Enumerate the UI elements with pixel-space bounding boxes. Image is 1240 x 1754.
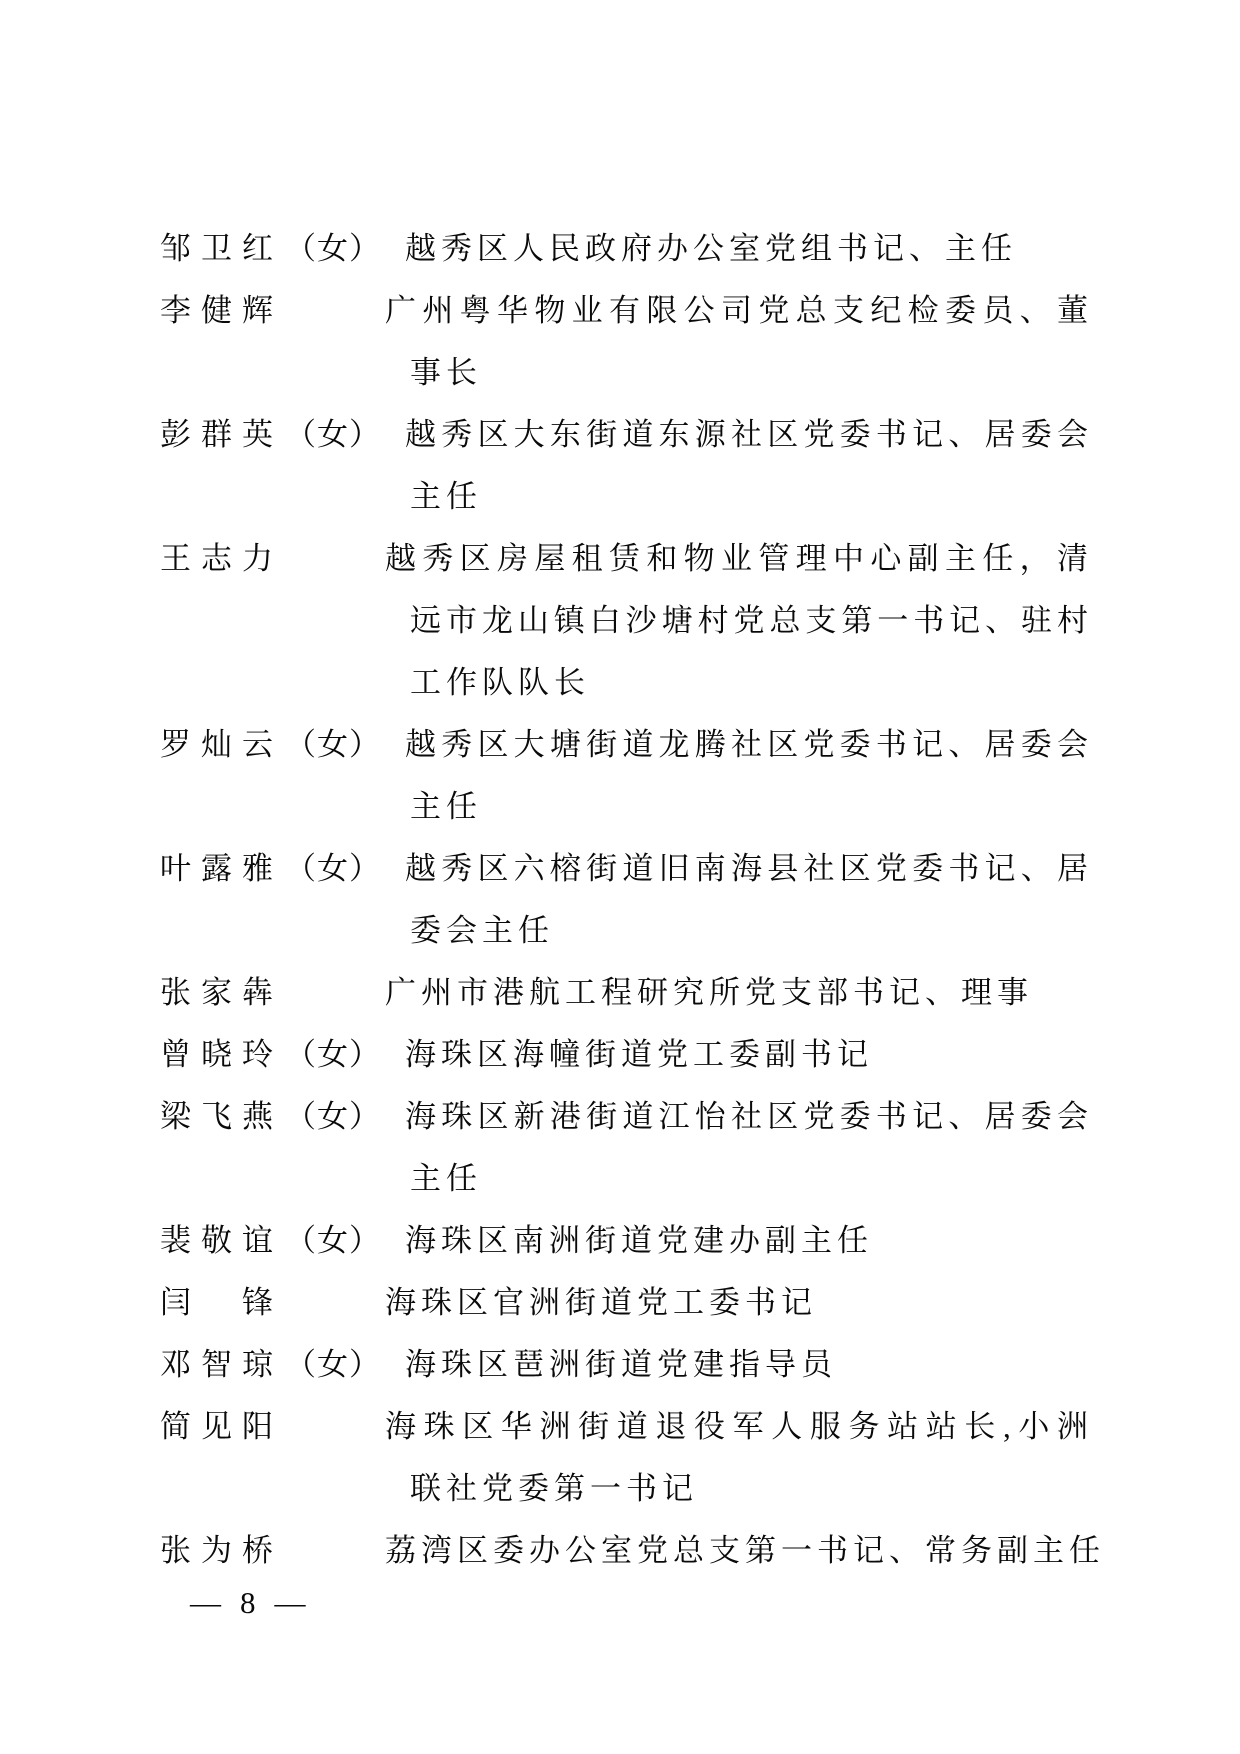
entry-name-cell: 张为桥	[160, 1520, 283, 1582]
document-page: 邹卫红（女）越秀区人民政府办公室党组书记、主任李健辉广州粤华物业有限公司党总支纪…	[0, 0, 1240, 1754]
title-continuation-line: 工作队队长	[410, 652, 590, 714]
title-continuation-line: 主任	[410, 1148, 482, 1210]
title-continuation-line: 远市龙山镇白沙塘村党总支第一书记、驻村	[410, 590, 1092, 652]
entry-name: 邓智琼	[160, 1347, 283, 1382]
entry-row: 罗灿云（女）越秀区大塘街道龙腾社区党委书记、居委会	[0, 714, 1240, 776]
entry-row: 闫 锋海珠区官洲街道党工委书记	[0, 1272, 1240, 1334]
title-line: 越秀区人民政府办公室党组书记、主任	[405, 218, 1017, 280]
entry-row-continuation: 事长	[0, 342, 1240, 404]
entry-name-cell: 邹卫红（女）	[160, 218, 381, 280]
entry-list: 邹卫红（女）越秀区人民政府办公室党组书记、主任李健辉广州粤华物业有限公司党总支纪…	[0, 218, 1240, 1582]
entry-row: 王志力越秀区房屋租赁和物业管理中心副主任，清	[0, 528, 1240, 590]
footer-dash-right: —	[275, 1585, 306, 1621]
entry-name: 彭群英	[160, 417, 283, 452]
entry-row: 张家犇广州市港航工程研究所党支部书记、理事	[0, 962, 1240, 1024]
entry-name: 闫 锋	[160, 1285, 283, 1320]
entry-name-cell: 李健辉	[160, 280, 283, 342]
title-line: 越秀区大塘街道龙腾社区党委书记、居委会	[405, 714, 1092, 776]
footer-dash-left: —	[190, 1585, 221, 1621]
gender-label: （女）	[285, 417, 381, 452]
title-continuation-line: 主任	[410, 776, 482, 838]
title-line: 广州市港航工程研究所党支部书记、理事	[385, 962, 1033, 1024]
title-line: 荔湾区委办公室党总支第一书记、常务副主任	[385, 1520, 1105, 1582]
entry-name-cell: 张家犇	[160, 962, 283, 1024]
entry-name: 简见阳	[160, 1409, 283, 1444]
gender-label: （女）	[285, 1037, 381, 1072]
gender-label: （女）	[285, 1099, 381, 1134]
page-number: 8	[240, 1585, 256, 1621]
entry-row-continuation: 委会主任	[0, 900, 1240, 962]
entry-row: 李健辉广州粤华物业有限公司党总支纪检委员、董	[0, 280, 1240, 342]
title-continuation-line: 委会主任	[410, 900, 554, 962]
entry-name-cell: 梁飞燕（女）	[160, 1086, 381, 1148]
title-continuation-line: 事长	[410, 342, 482, 404]
title-line: 越秀区房屋租赁和物业管理中心副主任，清	[385, 528, 1092, 590]
entry-row: 简见阳海珠区华洲街道退役军人服务站站长,小洲	[0, 1396, 1240, 1458]
title-line: 广州粤华物业有限公司党总支纪检委员、董	[385, 280, 1092, 342]
entry-row-continuation: 远市龙山镇白沙塘村党总支第一书记、驻村	[0, 590, 1240, 652]
title-line: 越秀区大东街道东源社区党委书记、居委会	[405, 404, 1092, 466]
title-line: 越秀区六榕街道旧南海县社区党委书记、居	[405, 838, 1092, 900]
gender-label: （女）	[285, 231, 381, 266]
entry-name: 裴敬谊	[160, 1223, 283, 1258]
entry-name-cell: 闫 锋	[160, 1272, 283, 1334]
entry-name-cell: 彭群英（女）	[160, 404, 381, 466]
entry-row: 梁飞燕（女）海珠区新港街道江怡社区党委书记、居委会	[0, 1086, 1240, 1148]
entry-row-continuation: 主任	[0, 1148, 1240, 1210]
entry-name: 叶露雅	[160, 851, 283, 886]
entry-row: 叶露雅（女）越秀区六榕街道旧南海县社区党委书记、居	[0, 838, 1240, 900]
title-line: 海珠区琶洲街道党建指导员	[405, 1334, 837, 1396]
entry-name: 梁飞燕	[160, 1099, 283, 1134]
entry-name: 曾晓玲	[160, 1037, 283, 1072]
entry-name: 张家犇	[160, 975, 283, 1010]
title-line: 海珠区海幢街道党工委副书记	[405, 1024, 873, 1086]
gender-label: （女）	[285, 851, 381, 886]
title-continuation-line: 主任	[410, 466, 482, 528]
entry-name-cell: 王志力	[160, 528, 283, 590]
entry-row: 邓智琼（女）海珠区琶洲街道党建指导员	[0, 1334, 1240, 1396]
entry-name-cell: 曾晓玲（女）	[160, 1024, 381, 1086]
entry-row-continuation: 联社党委第一书记	[0, 1458, 1240, 1520]
title-line: 海珠区官洲街道党工委书记	[385, 1272, 817, 1334]
entry-name-cell: 裴敬谊（女）	[160, 1210, 381, 1272]
entry-row-continuation: 工作队队长	[0, 652, 1240, 714]
entry-name-cell: 罗灿云（女）	[160, 714, 381, 776]
entry-row-continuation: 主任	[0, 776, 1240, 838]
title-line: 海珠区华洲街道退役军人服务站站长,小洲	[385, 1396, 1092, 1458]
entry-row: 张为桥荔湾区委办公室党总支第一书记、常务副主任	[0, 1520, 1240, 1582]
entry-name-cell: 叶露雅（女）	[160, 838, 381, 900]
entry-name-cell: 邓智琼（女）	[160, 1334, 381, 1396]
title-continuation-line: 联社党委第一书记	[410, 1458, 698, 1520]
entry-name: 罗灿云	[160, 727, 283, 762]
page-footer: — 8 —	[190, 1585, 306, 1621]
entry-row-continuation: 主任	[0, 466, 1240, 528]
gender-label: （女）	[285, 1223, 381, 1258]
entry-name: 张为桥	[160, 1533, 283, 1568]
title-line: 海珠区南洲街道党建办副主任	[405, 1210, 873, 1272]
gender-label: （女）	[285, 1347, 381, 1382]
entry-name: 邹卫红	[160, 231, 283, 266]
entry-name: 王志力	[160, 541, 283, 576]
title-line: 海珠区新港街道江怡社区党委书记、居委会	[405, 1086, 1092, 1148]
entry-name: 李健辉	[160, 293, 283, 328]
entry-row: 彭群英（女）越秀区大东街道东源社区党委书记、居委会	[0, 404, 1240, 466]
gender-label: （女）	[285, 727, 381, 762]
entry-name-cell: 简见阳	[160, 1396, 283, 1458]
entry-row: 邹卫红（女）越秀区人民政府办公室党组书记、主任	[0, 218, 1240, 280]
entry-row: 裴敬谊（女）海珠区南洲街道党建办副主任	[0, 1210, 1240, 1272]
entry-row: 曾晓玲（女）海珠区海幢街道党工委副书记	[0, 1024, 1240, 1086]
